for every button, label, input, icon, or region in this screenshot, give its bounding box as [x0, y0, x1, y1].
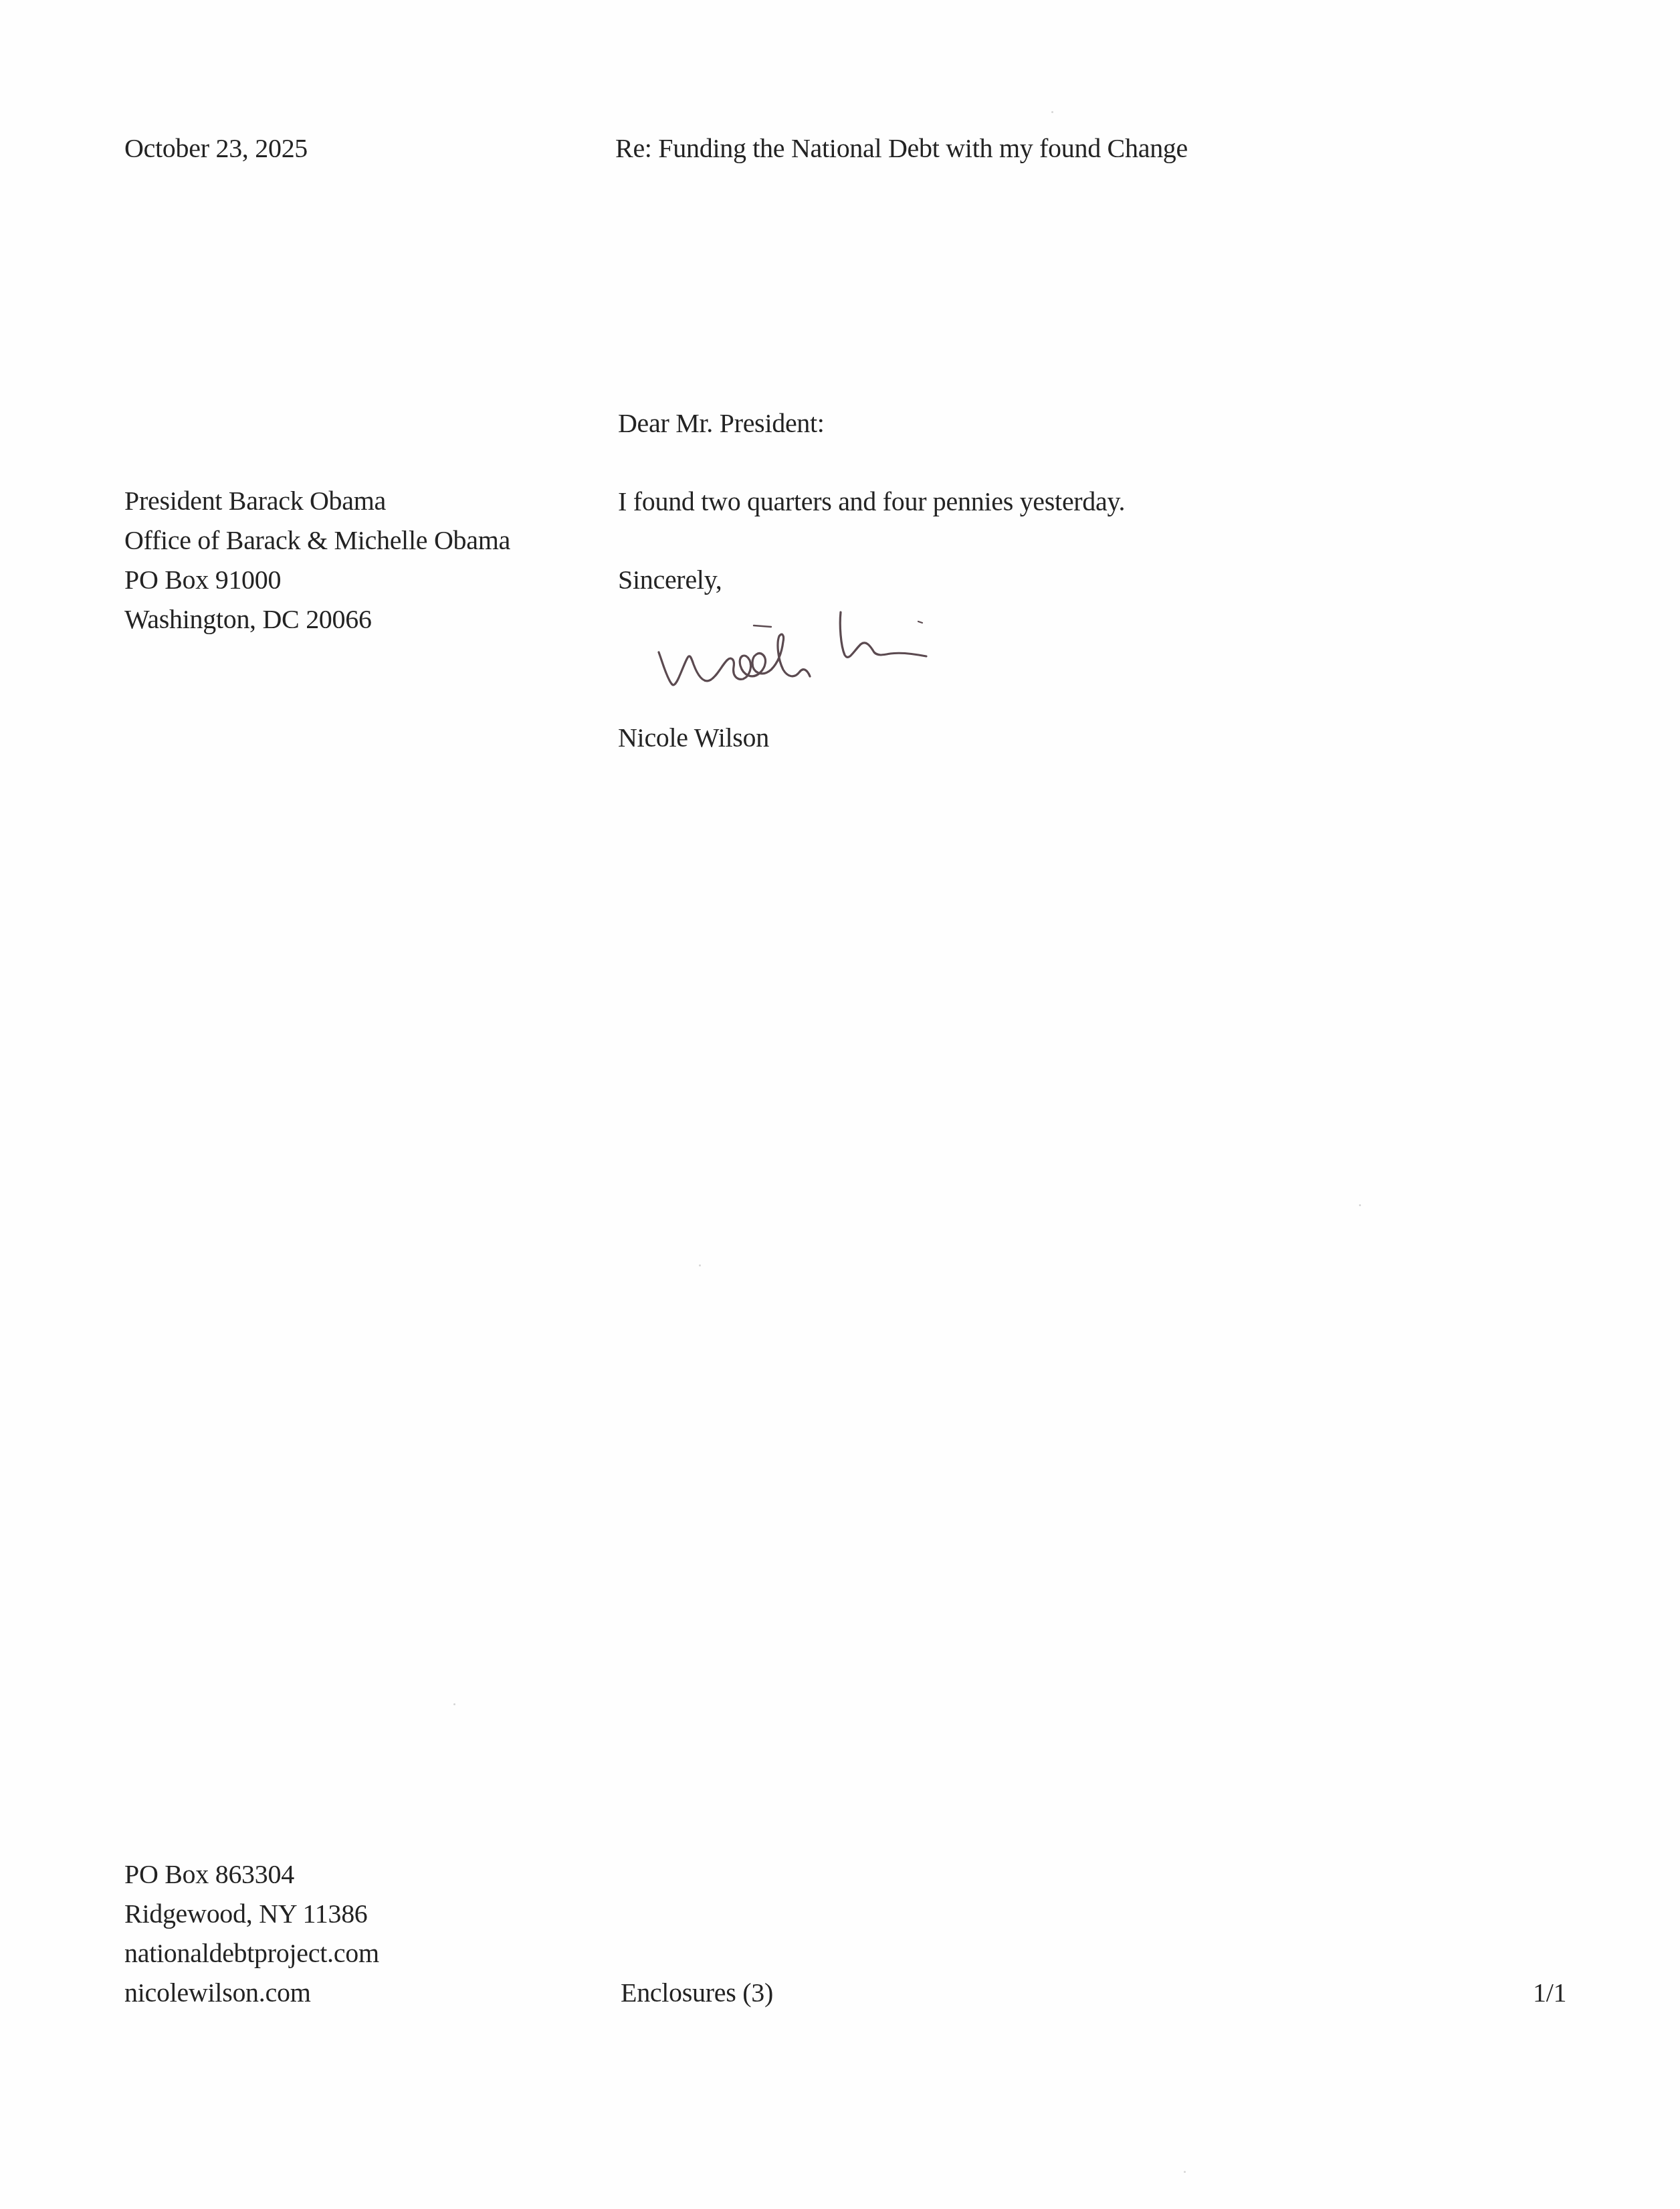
sender-city-state-zip: Ridgewood, NY 11386 [124, 1894, 379, 1933]
sender-address: PO Box 863304 Ridgewood, NY 11386 nation… [124, 1854, 379, 2012]
enclosures-note: Enclosures (3) [621, 1973, 773, 2012]
handwritten-signature-icon [652, 605, 973, 699]
recipient-address: President Barack Obama Office of Barack … [124, 481, 510, 639]
recipient-office: Office of Barack & Michelle Obama [124, 520, 510, 560]
letter-date: October 23, 2025 [124, 128, 308, 168]
scan-speck [1184, 2171, 1186, 2173]
letter-body: I found two quarters and four pennies ye… [618, 482, 1125, 521]
sender-po-box: PO Box 863304 [124, 1854, 379, 1894]
closing: Sincerely, [618, 560, 722, 599]
signer-name: Nicole Wilson [618, 718, 769, 757]
letter-page: October 23, 2025 Re: Funding the Nationa… [0, 0, 1680, 2209]
letter-subject: Re: Funding the National Debt with my fo… [615, 128, 1188, 168]
scan-speck [453, 1703, 455, 1705]
recipient-name: President Barack Obama [124, 481, 510, 520]
recipient-po-box: PO Box 91000 [124, 560, 510, 599]
scan-speck [1359, 1204, 1361, 1206]
recipient-city-state-zip: Washington, DC 20066 [124, 599, 510, 639]
page-number: 1/1 [1533, 1973, 1566, 2012]
scan-speck [699, 1264, 701, 1266]
scan-speck [1051, 111, 1053, 113]
salutation: Dear Mr. President: [618, 403, 825, 443]
sender-website-project: nationaldebtproject.com [124, 1933, 379, 1973]
sender-website-personal: nicolewilson.com [124, 1973, 379, 2012]
